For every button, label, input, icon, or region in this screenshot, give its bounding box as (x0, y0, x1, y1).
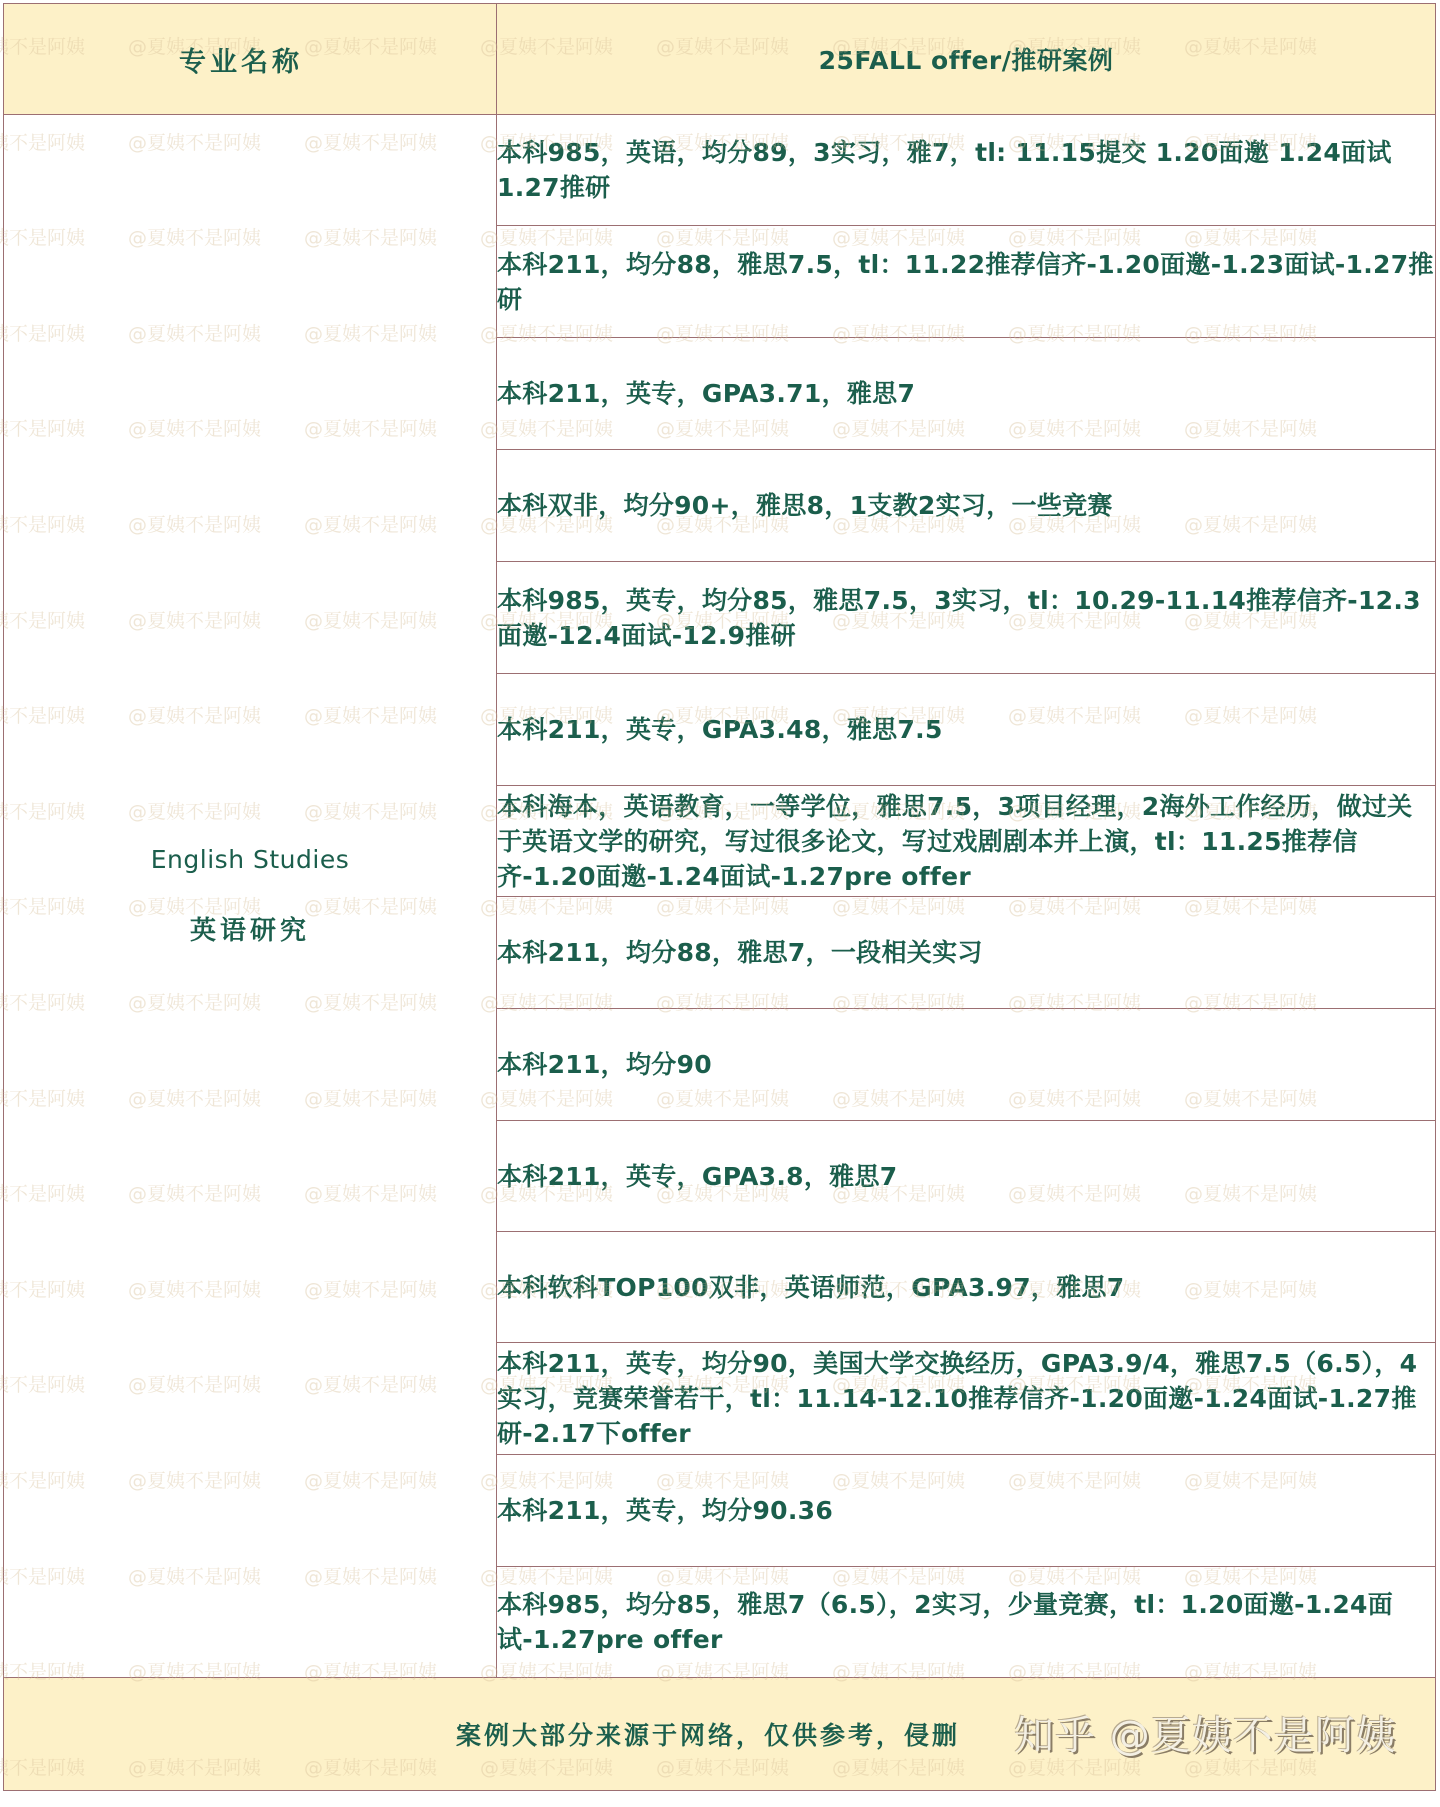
case-cell: 本科211，英专，均分90.36 (497, 1455, 1436, 1567)
case-cell: 本科211，均分90 (497, 1009, 1436, 1121)
major-name-en: English Studies (4, 845, 496, 874)
header-major-name: 专业名称 (4, 4, 497, 115)
zhihu-brand-watermark: 知乎 @夏姨不是阿姨 (1014, 1704, 1397, 1761)
footer-cell: 案例大部分来源于网络，仅供参考，侵删 知乎 @夏姨不是阿姨 (4, 1678, 1436, 1791)
case-cell: 本科985，均分85，雅思7（6.5），2实习，少量竞赛，tl：1.20面邀-1… (497, 1567, 1436, 1678)
footer-row: 案例大部分来源于网络，仅供参考，侵删 知乎 @夏姨不是阿姨 (4, 1678, 1436, 1791)
disclaimer-note: 案例大部分来源于网络，仅供参考，侵删 (456, 1716, 960, 1752)
case-cell: 本科211，英专，GPA3.8，雅思7 (497, 1121, 1436, 1232)
case-cell: 本科双非，均分90+，雅思8，1支教2实习，一些竞赛 (497, 450, 1436, 562)
case-cell: 本科211，英专，GPA3.71，雅思7 (497, 338, 1436, 450)
case-cell: 本科211，均分88，雅思7.5，tl：11.22推荐信齐-1.20面邀-1.2… (497, 226, 1436, 338)
major-name-zh: 英语研究 (4, 910, 496, 947)
case-cell: 本科软科TOP100双非，英语师范，GPA3.97，雅思7 (497, 1232, 1436, 1343)
table-header-row: 专业名称 25FALL offer/推研案例 (4, 4, 1436, 115)
case-cell: 本科211，均分88，雅思7，一段相关实习 (497, 897, 1436, 1009)
case-cell: 本科211，英专，均分90，美国大学交换经历，GPA3.9/4，雅思7.5（6.… (497, 1343, 1436, 1455)
cases-table: 专业名称 25FALL offer/推研案例 English Studies 英… (3, 3, 1436, 1791)
major-cell: English Studies 英语研究 (4, 115, 497, 1678)
case-cell: 本科985，英专，均分85，雅思7.5，3实习，tl：10.29-11.14推荐… (497, 562, 1436, 674)
table-row: English Studies 英语研究 本科985，英语，均分89，3实习，雅… (4, 115, 1436, 226)
case-cell: 本科985，英语，均分89，3实习，雅7，tl: 11.15提交 1.20面邀 … (497, 115, 1436, 226)
header-cases: 25FALL offer/推研案例 (497, 4, 1436, 115)
case-cell: 本科211，英专，GPA3.48，雅思7.5 (497, 674, 1436, 786)
case-cell: 本科海本，英语教育，一等学位，雅思7.5，3项目经理，2海外工作经历，做过关于英… (497, 786, 1436, 897)
